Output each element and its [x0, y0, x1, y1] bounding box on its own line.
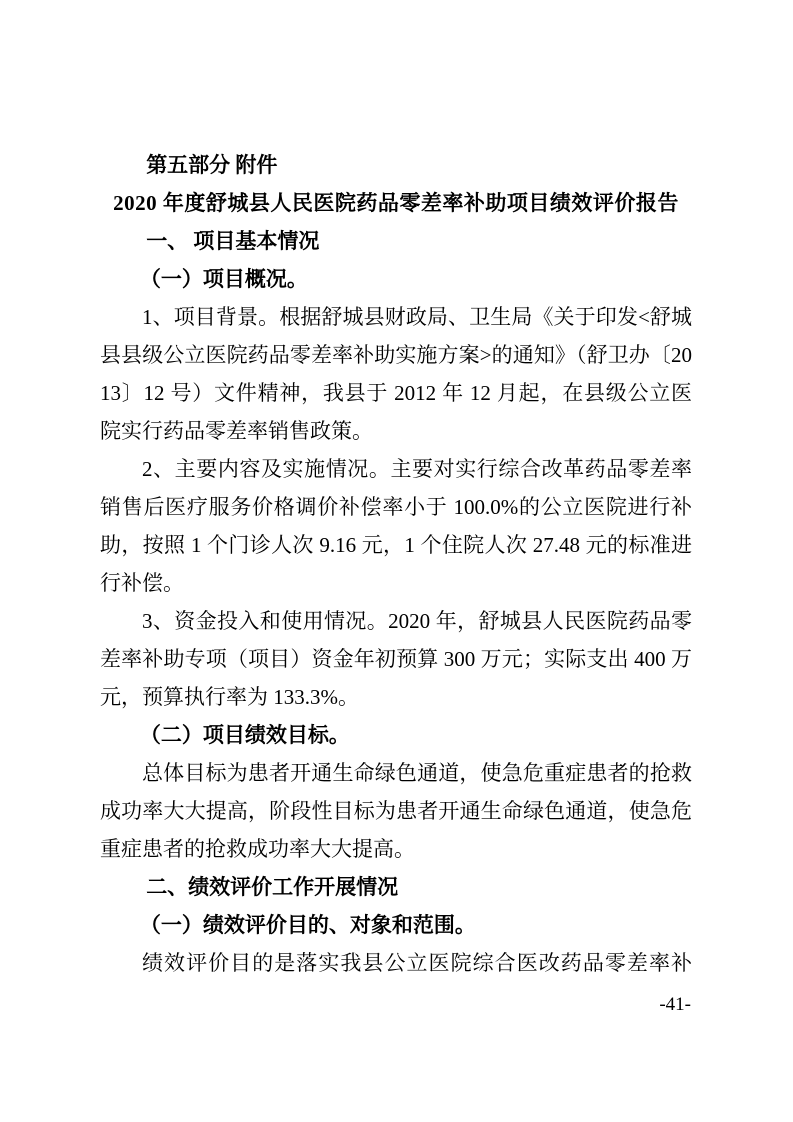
document-content: 第五部分 附件 2020 年度舒城县人民医院药品零差率补助项目绩效评价报告 一、…: [100, 146, 692, 982]
document-page: 第五部分 附件 2020 年度舒城县人民医院药品零差率补助项目绩效评价报告 一、…: [0, 0, 793, 1122]
section-1-heading: 一、 项目基本情况: [100, 222, 692, 260]
paragraph-performance-goals: 总体目标为患者开通生命绿色通道，使急危重症患者的抢救成功率大大提高，阶段性目标为…: [100, 754, 692, 868]
page-number: -41-: [659, 994, 691, 1016]
paragraph-project-background: 1、项目背景。根据舒城县财政局、卫生局《关于印发<舒城县县级公立医院药品零差率补…: [100, 298, 692, 450]
paragraph-funding: 3、资金投入和使用情况。2020 年，舒城县人民医院药品零差率补助专项（项目）资…: [100, 602, 692, 716]
paragraph-main-content: 2、主要内容及实施情况。主要对实行综合改革药品零差率销售后医疗服务价格调价补偿率…: [100, 450, 692, 602]
section-2-heading: 二、绩效评价工作开展情况: [100, 868, 692, 906]
subsection-1-1-heading: （一）项目概况。: [100, 260, 692, 298]
paragraph-evaluation-purpose: 绩效评价目的是落实我县公立医院综合医改药品零差率补: [100, 944, 692, 982]
subsection-2-1-heading: （一）绩效评价目的、对象和范围。: [100, 906, 692, 944]
part-heading: 第五部分 附件: [100, 146, 692, 184]
report-title: 2020 年度舒城县人民医院药品零差率补助项目绩效评价报告: [100, 184, 692, 222]
subsection-1-2-heading: （二）项目绩效目标。: [100, 716, 692, 754]
